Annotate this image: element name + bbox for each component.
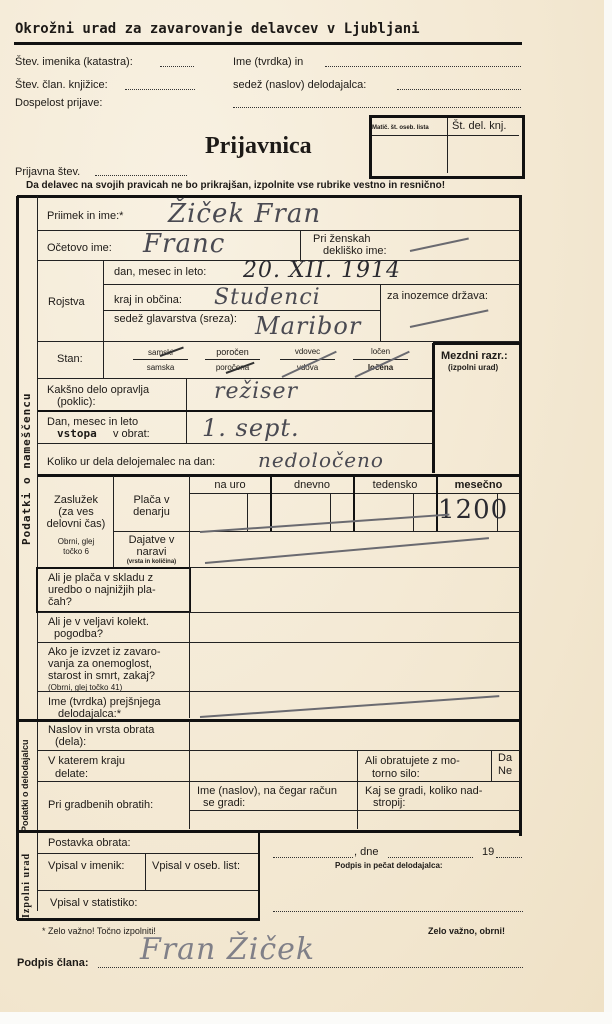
section-divider — [17, 830, 522, 833]
prijavna-stev-label: Prijavna štev. — [15, 166, 80, 178]
col-divider — [357, 751, 358, 829]
stev-imenika-label: Štev. imenika (katastra): — [15, 56, 133, 68]
sedez-label: sedež glavarstva (sreza): — [114, 313, 237, 325]
year-field[interactable] — [496, 857, 522, 858]
row-divider — [38, 230, 520, 231]
col-divider — [300, 231, 301, 261]
office-side-label: Izpolni urad — [21, 853, 32, 918]
side-column-divider — [37, 196, 38, 911]
naslov-field[interactable] — [191, 722, 519, 750]
prijavna-stev-field[interactable] — [95, 175, 187, 176]
row-divider — [38, 691, 520, 692]
instruction-text: Da delavec na svojih pravicah ne bo prik… — [26, 180, 445, 192]
stan-fraction-line — [205, 359, 260, 360]
pay-col-mesecno: mesečno — [437, 479, 520, 491]
sedez-value[interactable]: Maribor — [255, 312, 361, 340]
kraj-label: kraj in občina: — [114, 294, 182, 306]
row-divider — [38, 781, 520, 782]
gradi-field[interactable] — [359, 811, 519, 829]
izvzet-2: vanja za onemoglost, — [48, 658, 152, 670]
pay-col-na-uro: na uro — [190, 479, 270, 491]
employer-signature-field[interactable] — [273, 911, 523, 912]
row-divider — [38, 890, 258, 891]
col-divider — [491, 751, 492, 781]
dne-label: , dne — [354, 846, 378, 858]
row-divider — [104, 310, 381, 311]
gradi-1: Kaj se gradi, koliko nad- — [365, 785, 482, 797]
ocetovo-value[interactable]: Franc — [143, 229, 225, 259]
pay-col-dnevno: dnevno — [271, 479, 353, 491]
tedensko-field[interactable] — [355, 494, 435, 530]
drzava-label: za inozemce država: — [387, 290, 488, 302]
delo-label-1: Kakšno delo opravlja — [47, 384, 149, 396]
izvzet-4: (Obrni, glej točko 41) — [48, 682, 122, 694]
sedez-naslov-field[interactable] — [397, 89, 521, 90]
dajatve-1: Dajatve v — [114, 534, 189, 546]
oseb-list-label: Vpisal v oseb. list: — [152, 860, 240, 872]
placa-2: denarju — [114, 506, 189, 518]
uredba-field[interactable] — [191, 569, 519, 611]
pay-col-tedensko: tedensko — [354, 479, 436, 491]
zelo-vazno-left: * Zelo važno! Točno izpolniti! — [42, 925, 156, 937]
kraj-employer-field[interactable] — [191, 751, 356, 781]
prejsnji-1: Ime (tvrdka) prejšnjega — [48, 696, 161, 708]
employer-side-label: Podatki o delodajalcu — [20, 739, 30, 832]
member-signature-line — [98, 967, 523, 968]
ime-tvrdka-label: Ime (tvrdka) in — [233, 56, 303, 68]
stan-fraction-line — [280, 359, 335, 360]
kraj-employer-1: V katerem kraju — [48, 755, 125, 767]
row-divider — [38, 474, 520, 477]
dajatve-3: (vrsta in količina) — [114, 558, 189, 566]
office-box-right — [258, 832, 260, 920]
institution-title: Okrožni urad za zavarovanje delavcev v L… — [15, 21, 420, 37]
table-right-border-top — [519, 196, 522, 836]
zasluzek-note-2: točko 6 — [40, 546, 112, 558]
mezdni-label: Mezdni razr.: — [441, 350, 508, 362]
stev-imenika-field[interactable] — [160, 66, 194, 67]
zasluzek-1: Zaslužek — [40, 494, 112, 506]
dan-label: dan, mesec in leto: — [114, 266, 206, 278]
gradbeni-label: Pri gradbenih obratih: — [48, 799, 153, 811]
sedez-naslov-label: sedež (naslov) delodajalca: — [233, 79, 366, 91]
mezdni-box-top — [433, 342, 521, 345]
uredba-1: Ali je plača v skladu z — [48, 572, 153, 584]
ocetovo-label: Očetovo ime: — [47, 242, 112, 254]
ne-option[interactable]: Ne — [498, 765, 512, 777]
dajatve-field[interactable] — [190, 532, 520, 566]
vstop-label-2b: v obrat: — [113, 428, 150, 440]
stev-clan-knjizice-label: Štev. član. knjižice: — [15, 79, 108, 91]
uredba-2: uredbo o najnižjih pla- — [48, 584, 156, 596]
row-divider — [38, 410, 432, 412]
dan-value[interactable]: 20. XII. 1914 — [243, 258, 401, 283]
stan-label: Stan: — [57, 353, 83, 365]
form-title: Prijavnica — [205, 133, 312, 159]
dospelost-label: Dospelost prijave: — [15, 97, 102, 109]
ure-label: Koliko ur dela delojemalec na dan: — [47, 456, 215, 468]
placa-1: Plača v — [114, 494, 189, 506]
paper-bottom-edge — [0, 1012, 612, 1024]
date-field[interactable] — [388, 857, 473, 858]
podpis-clana-label: Podpis člana: — [17, 957, 89, 969]
kraj-value[interactable]: Studenci — [214, 285, 321, 310]
col-divider — [103, 342, 104, 378]
maticni-label: Matič. št. oseb. lista — [372, 122, 429, 134]
gradi-2: stropij: — [373, 797, 405, 809]
vstop-value[interactable]: 1. sept. — [202, 414, 300, 442]
dekl-label-1: Pri ženskah — [313, 233, 370, 245]
stan-fraction-line — [133, 359, 188, 360]
stev-clan-knjizice-field[interactable] — [125, 89, 195, 90]
col-divider — [189, 721, 190, 829]
member-signature[interactable]: Fran Žiček — [140, 932, 315, 967]
place-field[interactable] — [273, 857, 353, 858]
racun-2: se gradi: — [203, 797, 245, 809]
header-rule — [14, 42, 522, 45]
mezdni-field[interactable] — [436, 375, 518, 470]
col-divider — [145, 854, 146, 890]
row-divider — [38, 853, 258, 854]
col-divider — [103, 261, 104, 341]
stan-option-porocen[interactable]: poročen — [205, 346, 260, 358]
office-box-bottom — [17, 918, 260, 921]
podpis-pecat-label: Podpis in pečat delodajalca: — [335, 860, 443, 872]
ime-tvrdka-field[interactable] — [325, 66, 521, 67]
dekl-label-2: dekliško ime: — [323, 245, 387, 257]
dajatve-2: naravi — [114, 546, 189, 558]
stan-fraction-line — [353, 359, 408, 360]
table-left-border — [16, 196, 19, 920]
kolekt-field[interactable] — [191, 613, 519, 641]
col-divider — [380, 285, 381, 341]
kraj-employer-2: delate: — [55, 768, 88, 780]
kolekt-2: pogodba? — [54, 628, 103, 640]
izvzet-field[interactable] — [191, 643, 519, 690]
zasluzek-2: (za ves — [40, 506, 112, 518]
priimek-label: Priimek in ime:* — [47, 210, 123, 222]
rojstvo-label: Rojstva — [48, 296, 85, 308]
racun-1: Ime (naslov), na čegar račun — [197, 785, 337, 797]
kolekt-1: Ali je v veljavi kolekt. — [48, 616, 149, 628]
mezdni-box-left — [432, 343, 435, 473]
sedez-naslov-field-2[interactable] — [233, 107, 521, 108]
da-option[interactable]: Da — [498, 752, 512, 764]
na-uro-field[interactable] — [190, 494, 269, 530]
izvzet-1: Ako je izvzet iz zavaro- — [48, 646, 160, 658]
imenik-label: Vpisal v imenik: — [48, 860, 124, 872]
motor-1: Ali obratujete z mo- — [365, 755, 460, 767]
zelo-vazno-right: Zelo važno, obrni! — [428, 925, 505, 937]
employee-side-label: Podatki o nameščencu — [20, 393, 33, 545]
maticni-field[interactable] — [372, 136, 446, 173]
statistika-label: Vpisal v statistiko: — [50, 897, 137, 909]
postavka-label: Postavka obrata: — [48, 837, 131, 849]
motor-2: torno silo: — [372, 768, 420, 780]
vstop-label-2a: vstopa — [57, 428, 97, 440]
zasluzek-3: delovni čas) — [40, 518, 112, 530]
ure-value[interactable]: nedoločeno — [258, 448, 384, 472]
racun-field[interactable] — [191, 811, 356, 829]
year-label: 19 — [482, 846, 494, 858]
naslov-1: Naslov in vrsta obrata — [48, 724, 154, 736]
stan-option-samska[interactable]: samska — [133, 362, 188, 374]
uredba-3: čah? — [48, 596, 72, 608]
mezdni-sub: (izpolni urad) — [448, 362, 498, 374]
delo-value[interactable]: režiser — [214, 379, 298, 404]
ref-box-col-divider — [447, 118, 448, 173]
row-divider — [38, 443, 432, 444]
mesecno-value[interactable]: 1200 — [438, 495, 508, 525]
priimek-value[interactable]: Žiček Fran — [168, 199, 321, 229]
naslov-2: (dela): — [55, 736, 86, 748]
delo-label-2: (poklic): — [57, 396, 96, 408]
paper-edge — [604, 0, 612, 1024]
izvzet-3: starost in smrt, zakaj? — [48, 670, 155, 682]
st-del-knj-label: Št. del. knj. — [452, 120, 506, 132]
st-del-knj-field[interactable] — [449, 136, 519, 173]
table-top-rule — [17, 195, 522, 198]
